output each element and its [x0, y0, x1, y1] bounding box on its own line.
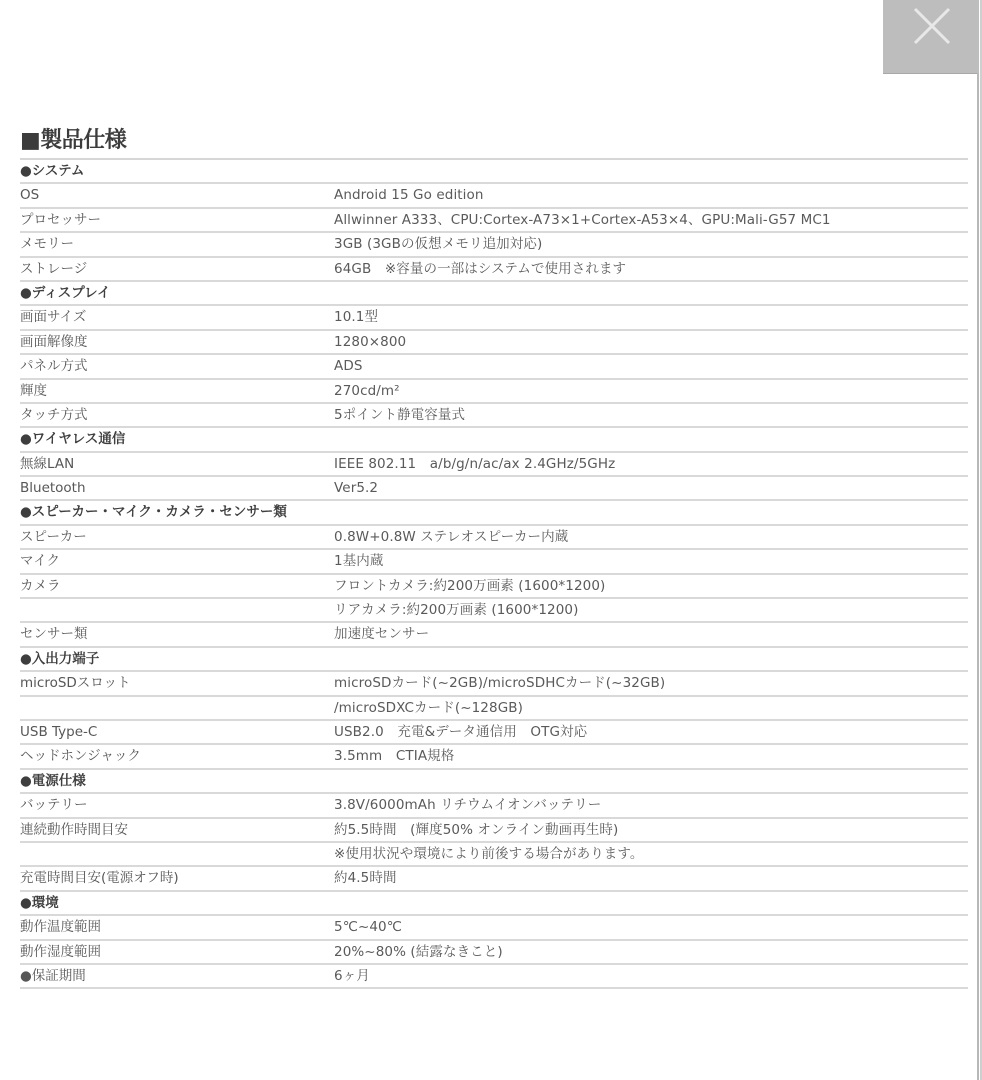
- spec-value: Ver5.2: [334, 477, 968, 499]
- spec-row: 連続動作時間目安約5.5時間 (輝度50% オンライン動画再生時): [20, 819, 968, 843]
- spec-label: カメラ: [20, 575, 334, 597]
- spec-row: カメラフロントカメラ:約200万画素 (1600*1200): [20, 575, 968, 599]
- spec-value: 5ポイント静電容量式: [334, 404, 968, 426]
- section-header-row: ●スピーカー・マイク・カメラ・センサー類: [20, 501, 968, 525]
- spec-value: microSDカード(~2GB)/microSDHCカード(~32GB): [334, 672, 968, 694]
- spec-value: 3.5mm CTIA規格: [334, 745, 968, 767]
- spec-label: バッテリー: [20, 794, 334, 816]
- spec-row: USB Type-CUSB2.0 充電&データ通信用 OTG対応: [20, 721, 968, 745]
- spec-value: Allwinner A333、CPU:Cortex-A73×1+Cortex-A…: [334, 209, 968, 231]
- section-label: ●電源仕様: [20, 770, 620, 792]
- spec-value: IEEE 802.11 a/b/g/n/ac/ax 2.4GHz/5GHz: [334, 453, 968, 475]
- spec-value: 20%~80% (結露なきこと): [334, 941, 968, 963]
- section-header-row: ●電源仕様: [20, 770, 968, 794]
- spec-value: 約5.5時間 (輝度50% オンライン動画再生時): [334, 819, 968, 841]
- spec-value: [620, 648, 968, 670]
- close-button[interactable]: [883, 0, 979, 74]
- spec-value: 1基内蔵: [334, 550, 968, 572]
- spec-label: OS: [20, 184, 334, 206]
- section-header-row: ●環境: [20, 892, 968, 916]
- section-label: ●環境: [20, 892, 620, 914]
- close-x-icon: [912, 6, 952, 46]
- spec-row: 動作温度範囲5℃~40℃: [20, 916, 968, 940]
- spec-sheet: ■製品仕様 ●システムOSAndroid 15 Go editionプロセッサー…: [20, 124, 968, 989]
- section-label: ●ディスプレイ: [20, 282, 620, 304]
- spec-row: 充電時間目安(電源オフ時)約4.5時間: [20, 867, 968, 891]
- spec-value: 3.8V/6000mAh リチウムイオンバッテリー: [334, 794, 968, 816]
- section-header-row: ●入出力端子: [20, 648, 968, 672]
- spec-value: [620, 428, 968, 450]
- spec-row: OSAndroid 15 Go edition: [20, 184, 968, 208]
- spec-value: 3GB (3GBの仮想メモリ追加対応): [334, 233, 968, 255]
- spec-value: [620, 282, 968, 304]
- spec-value: リアカメラ:約200万画素 (1600*1200): [334, 599, 968, 621]
- spec-value: 6ヶ月: [334, 965, 968, 987]
- spec-label: ●保証期間: [20, 965, 334, 987]
- spec-row: ストレージ64GB ※容量の一部はシステムで使用されます: [20, 258, 968, 282]
- spec-row: /microSDXCカード(~128GB): [20, 697, 968, 721]
- spec-label: 連続動作時間目安: [20, 819, 334, 841]
- spec-table: ●システムOSAndroid 15 Go editionプロセッサーAllwin…: [20, 160, 968, 989]
- spec-value: ※使用状況や環境により前後する場合があります。: [334, 843, 968, 865]
- spec-row: BluetoothVer5.2: [20, 477, 968, 501]
- spec-value: /microSDXCカード(~128GB): [334, 697, 968, 719]
- spec-value: [620, 892, 968, 914]
- spec-row: パネル方式ADS: [20, 355, 968, 379]
- spec-value: Android 15 Go edition: [334, 184, 968, 206]
- spec-value: ADS: [334, 355, 968, 377]
- spec-label: [20, 599, 334, 621]
- spec-row: バッテリー3.8V/6000mAh リチウムイオンバッテリー: [20, 794, 968, 818]
- spec-row: メモリー3GB (3GBの仮想メモリ追加対応): [20, 233, 968, 257]
- spec-row: リアカメラ:約200万画素 (1600*1200): [20, 599, 968, 623]
- section-header-row: ●システム: [20, 160, 968, 184]
- spec-row: ヘッドホンジャック3.5mm CTIA規格: [20, 745, 968, 769]
- spec-row: 無線LANIEEE 802.11 a/b/g/n/ac/ax 2.4GHz/5G…: [20, 453, 968, 477]
- spec-row: 動作湿度範囲20%~80% (結露なきこと): [20, 941, 968, 965]
- spec-label: 充電時間目安(電源オフ時): [20, 867, 334, 889]
- spec-row: プロセッサーAllwinner A333、CPU:Cortex-A73×1+Co…: [20, 209, 968, 233]
- section-label: ●スピーカー・マイク・カメラ・センサー類: [20, 501, 620, 523]
- spec-row: 画面サイズ10.1型: [20, 306, 968, 330]
- spec-label: USB Type-C: [20, 721, 334, 743]
- spec-label: 画面サイズ: [20, 306, 334, 328]
- page-title: ■製品仕様: [20, 124, 968, 160]
- spec-row: ●保証期間6ヶ月: [20, 965, 968, 989]
- section-label: ●入出力端子: [20, 648, 620, 670]
- spec-row: センサー類加速度センサー: [20, 623, 968, 647]
- spec-row: ※使用状況や環境により前後する場合があります。: [20, 843, 968, 867]
- spec-row: 輝度270cd/m²: [20, 380, 968, 404]
- spec-label: Bluetooth: [20, 477, 334, 499]
- spec-label: プロセッサー: [20, 209, 334, 231]
- spec-label: 動作湿度範囲: [20, 941, 334, 963]
- spec-label: ストレージ: [20, 258, 334, 280]
- spec-label: スピーカー: [20, 526, 334, 548]
- spec-label: 無線LAN: [20, 453, 334, 475]
- spec-label: [20, 697, 334, 719]
- spec-label: 画面解像度: [20, 331, 334, 353]
- section-label: ●システム: [20, 160, 620, 182]
- spec-row: タッチ方式5ポイント静電容量式: [20, 404, 968, 428]
- spec-label: マイク: [20, 550, 334, 572]
- section-label: ●ワイヤレス通信: [20, 428, 620, 450]
- section-header-row: ●ワイヤレス通信: [20, 428, 968, 452]
- spec-row: 画面解像度1280×800: [20, 331, 968, 355]
- spec-value: [620, 501, 968, 523]
- spec-value: 270cd/m²: [334, 380, 968, 402]
- spec-value: 64GB ※容量の一部はシステムで使用されます: [334, 258, 968, 280]
- spec-label: センサー類: [20, 623, 334, 645]
- section-header-row: ●ディスプレイ: [20, 282, 968, 306]
- spec-value: USB2.0 充電&データ通信用 OTG対応: [334, 721, 968, 743]
- spec-label: タッチ方式: [20, 404, 334, 426]
- spec-value: 約4.5時間: [334, 867, 968, 889]
- spec-value: 1280×800: [334, 331, 968, 353]
- spec-row: スピーカー0.8W+0.8W ステレオスピーカー内蔵: [20, 526, 968, 550]
- spec-label: 動作温度範囲: [20, 916, 334, 938]
- spec-value: フロントカメラ:約200万画素 (1600*1200): [334, 575, 968, 597]
- spec-row: microSDスロットmicroSDカード(~2GB)/microSDHCカード…: [20, 672, 968, 696]
- spec-value: [620, 770, 968, 792]
- spec-value: 5℃~40℃: [334, 916, 968, 938]
- spec-value: 加速度センサー: [334, 623, 968, 645]
- spec-label: [20, 843, 334, 865]
- spec-value: 0.8W+0.8W ステレオスピーカー内蔵: [334, 526, 968, 548]
- spec-label: ヘッドホンジャック: [20, 745, 334, 767]
- spec-label: microSDスロット: [20, 672, 334, 694]
- spec-label: パネル方式: [20, 355, 334, 377]
- spec-value: [620, 160, 968, 182]
- spec-label: 輝度: [20, 380, 334, 402]
- spec-row: マイク1基内蔵: [20, 550, 968, 574]
- scrollbar-track[interactable]: [977, 73, 979, 1080]
- spec-label: メモリー: [20, 233, 334, 255]
- spec-value: 10.1型: [334, 306, 968, 328]
